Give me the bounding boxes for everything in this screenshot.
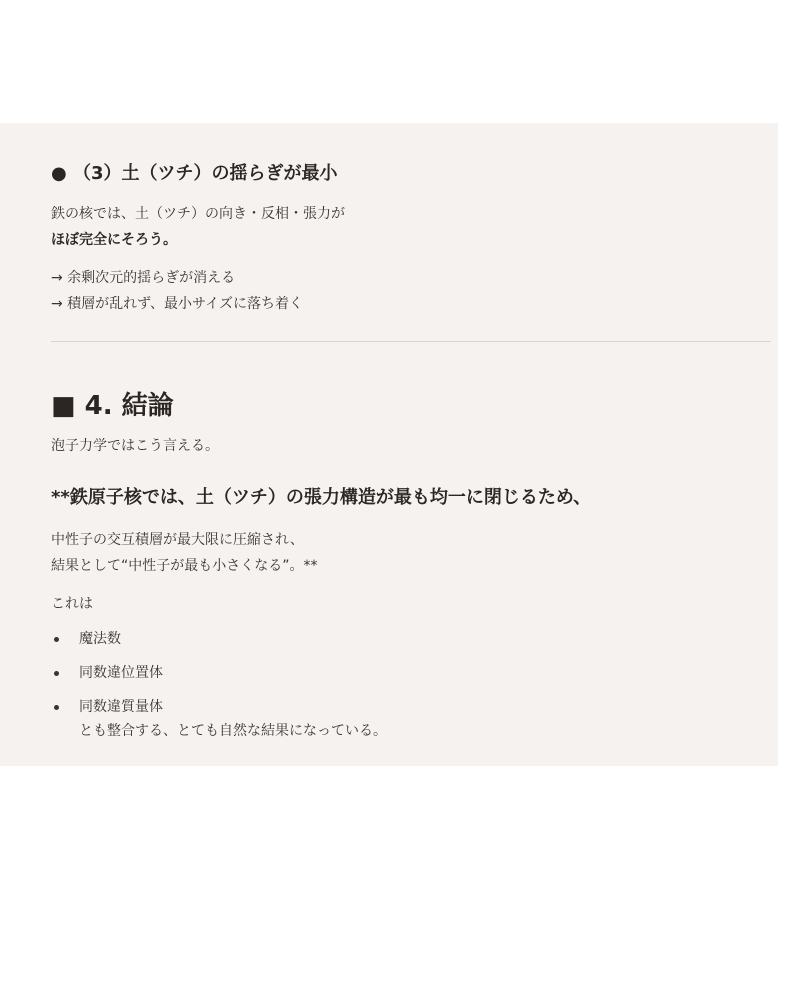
bullet-icon [54,705,59,710]
list-item: 同数違位置体 [51,661,387,685]
arrow-line: → 余剰次元的揺らぎが消える [51,265,235,291]
list-item-label: 同数違質量体 [79,699,163,715]
bullet-list: 魔法数 同数違位置体 同数違質量体とも整合する、とても自然な結果になっている。 [51,627,387,753]
bullet-icon [54,671,59,676]
bullet-icon [54,637,59,642]
conclusion-heading: ■ 4. 結論 [51,385,174,422]
list-item: 魔法数 [51,627,387,651]
paragraph-line: 鉄の核では、土（ツチ）の向き・反相・張力が [51,201,345,227]
list-item-label: 同数違位置体 [79,665,163,681]
bold-text: ほぼ完全にそろう。 [51,232,177,248]
conclusion-bold-heading: **鉄原子核では、土（ツチ）の張力構造が最も均一に閉じるため、 [51,483,591,509]
message-panel: ● （3）土（ツチ）の揺らぎが最小 鉄の核では、土（ツチ）の向き・反相・張力が … [0,123,778,766]
lead-text: これは [51,591,93,617]
list-item-label: 魔法数 [79,631,121,647]
section-heading-3: ● （3）土（ツチ）の揺らぎが最小 [51,159,338,185]
list-tail-text: とも整合する、とても自然な結果になっている。 [79,723,387,739]
list-item: 同数違質量体とも整合する、とても自然な結果になっている。 [51,695,387,743]
conclusion-intro: 泡子力学ではこう言える。 [51,433,219,459]
paragraph-line-bold: ほぼ完全にそろう。 [51,227,177,253]
arrow-line: → 積層が乱れず、最小サイズに落ち着く [51,291,303,317]
paragraph-line: 中性子の交互積層が最大限に圧縮され、 [51,527,304,553]
paragraph-line: 結果として“中性子が最も小さくなる”。** [51,553,318,579]
divider [51,341,771,342]
